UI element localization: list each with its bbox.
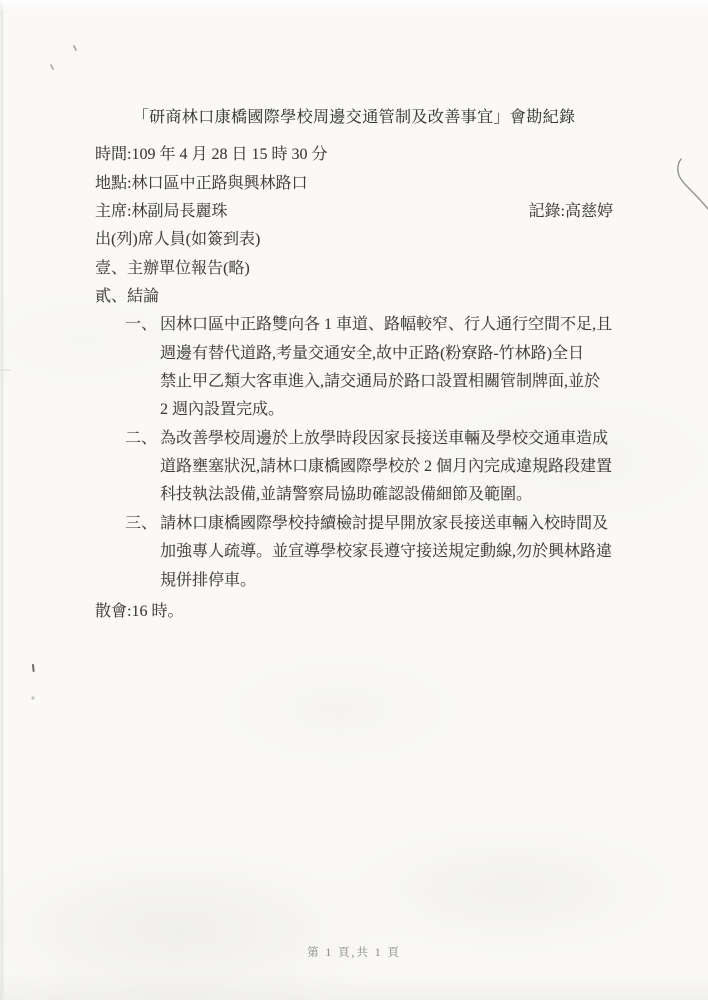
meeting-location-line: 地點:林口區中正路與興林路口 <box>95 170 613 198</box>
item-3-marker: 三、 <box>125 510 157 538</box>
item-1-marker: 一、 <box>125 311 157 339</box>
conclusion-item-3: 三、 請林口康橋國際學校持續檢討提早開放家長接送車輛入校時間及 加強專人疏導。並… <box>95 510 613 595</box>
document-title: 「研商林口康橋國際學校周邊交通管制及改善事宜」會勘紀錄 <box>95 104 613 132</box>
scanned-document-page: 「研商林口康橋國際學校周邊交通管制及改善事宜」會勘紀錄 時間:109 年 4 月… <box>0 0 708 1000</box>
scan-speckle-3 <box>33 665 34 671</box>
section-2-heading: 貳、結論 <box>95 283 613 311</box>
section-1-heading: 壹、主辦單位報告(略) <box>95 255 613 283</box>
item-2-marker: 二、 <box>125 425 157 453</box>
item-1-line-1: 因林口區中正路雙向各 1 車道、路幅較窄、行人通行空間不足,且 <box>160 311 613 339</box>
meeting-chair: 主席:林副局長麗珠 <box>95 198 227 226</box>
scan-speckle-4 <box>31 696 34 699</box>
item-3-line-1: 請林口康橋國際學校持續檢討提早開放家長接送車輛入校時間及 <box>160 510 613 538</box>
scan-speckle-2 <box>51 65 53 69</box>
chair-recorder-row: 主席:林副局長麗珠 記錄:高慈婷 <box>95 198 613 226</box>
scan-hairline-artifact <box>678 159 708 209</box>
item-1-line-3: 禁止甲乙類大客車進入,請交通局於路口設置相關管制牌面,並於 <box>160 368 613 396</box>
document-body: 「研商林口康橋國際學校周邊交通管制及改善事宜」會勘紀錄 時間:109 年 4 月… <box>95 104 613 626</box>
conclusion-item-2: 二、 為改善學校周邊於上放學時段因家長接送車輛及學校交通車造成 道路壅塞狀況,請… <box>95 425 613 510</box>
item-1-line-4: 2 週內設置完成。 <box>160 396 613 424</box>
item-3-line-2: 加強專人疏導。並宣導學校家長遵守接送規定動線,勿於興林路違 <box>160 538 613 566</box>
conclusion-item-1: 一、 因林口區中正路雙向各 1 車道、路幅較窄、行人通行空間不足,且 週邊有替代… <box>95 311 613 424</box>
item-2-line-2: 道路壅塞狀況,請林口康橋國際學校於 2 個月內完成違規路段建置 <box>160 453 613 481</box>
item-2-line-3: 科技執法設備,並請警察局協助確認設備細節及範圍。 <box>160 481 613 509</box>
attendees-line: 出(列)席人員(如簽到表) <box>95 226 613 254</box>
meeting-recorder: 記錄:高慈婷 <box>529 198 613 226</box>
scan-speckle-1 <box>74 46 76 50</box>
meeting-time-line: 時間:109 年 4 月 28 日 15 時 30 分 <box>95 141 613 169</box>
item-3-line-3: 規併排停車。 <box>160 567 613 595</box>
item-1-line-2: 週邊有替代道路,考量交通安全,故中正路(粉寮路-竹林路)全日 <box>160 340 613 368</box>
item-2-line-1: 為改善學校周邊於上放學時段因家長接送車輛及學校交通車造成 <box>160 425 613 453</box>
page-number-footer: 第 1 頁,共 1 頁 <box>0 944 708 960</box>
adjourn-line: 散會:16 時。 <box>95 598 613 626</box>
